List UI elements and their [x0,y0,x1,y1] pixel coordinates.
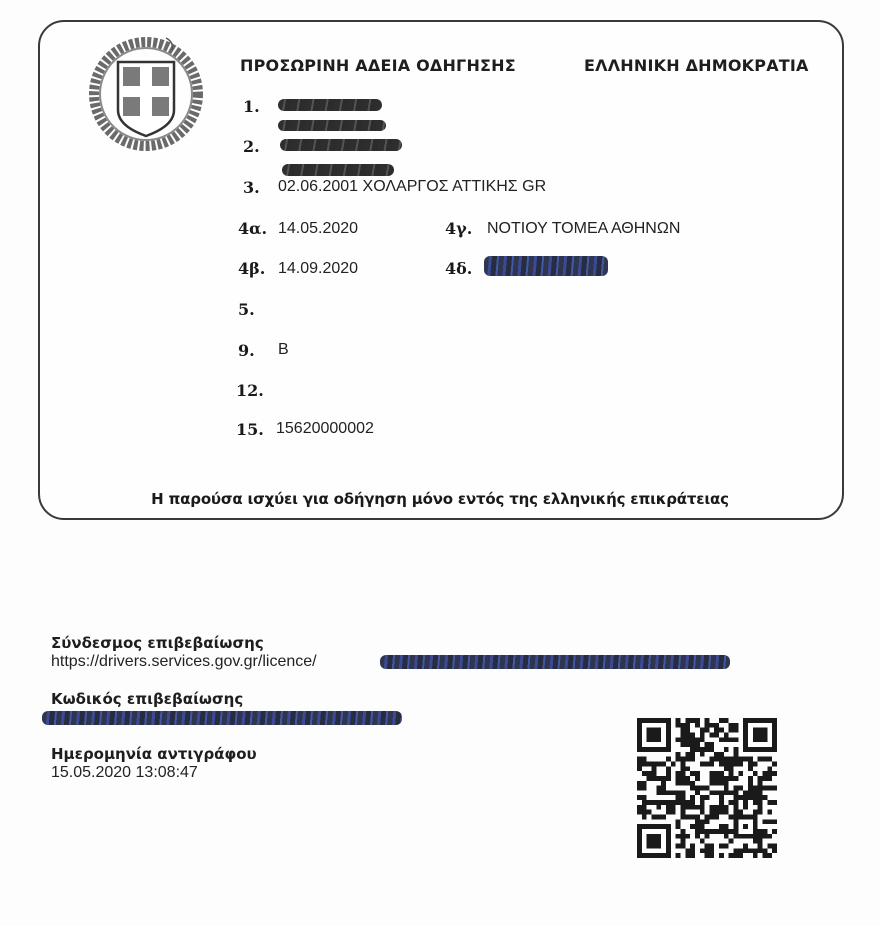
qr-code-icon[interactable] [636,718,778,858]
field-5-label: 5. [238,300,255,319]
field-9-category: B [278,341,289,359]
field-12-label: 12. [236,381,264,400]
verification-code-label: Κωδικός επιβεβαίωσης [51,690,243,708]
field-4d-redaction [484,256,608,276]
verification-link-label: Σύνδεσμος επιβεβαίωσης [51,634,264,652]
verification-code-redaction [42,711,402,725]
issuer-name: ΕΛΛΗΝΙΚΗ ΔΗΜΟΚΡΑΤΙΑ [584,56,809,75]
field-3-birth-date-place: 02.06.2001 ΧΟΛΑΡΓΟΣ ΑΤΤΙΚΗΣ GR [278,178,546,196]
field-4c-label: 4γ. [445,219,472,238]
field-2-label: 2. [243,137,260,156]
field-4a-label: 4α. [238,219,267,238]
field-3-label: 3. [243,178,260,197]
field-1-label: 1. [243,97,260,116]
field-1-redaction-line2 [278,120,386,131]
validity-note: Η παρούσα ισχύει για οδήγηση μόνο εντός … [0,490,880,508]
field-4b-label: 4β. [238,259,265,278]
verification-link-prefix[interactable]: https://drivers.services.gov.gr/licence/ [51,653,317,670]
verification-link[interactable]: https://drivers.services.gov.gr/licence/ [51,653,317,671]
field-4b-expiry-date: 14.09.2020 [278,260,358,278]
copy-date-label: Ημερομηνία αντιγράφου [51,745,257,763]
field-15-number: 15620000002 [276,420,374,438]
copy-date-value: 15.05.2020 13:08:47 [51,764,198,782]
field-9-label: 9. [238,341,255,360]
field-15-label: 15. [236,420,264,439]
greek-coat-of-arms-icon [88,36,204,152]
document-title: ΠΡΟΣΩΡΙΝΗ ΑΔΕΙΑ ΟΔΗΓΗΣΗΣ [240,56,516,75]
verification-link-redaction [380,655,730,669]
field-1-redaction [278,99,382,111]
field-4d-label: 4δ. [445,259,472,278]
field-2-redaction-line2 [282,164,394,176]
field-4a-issue-date: 14.05.2020 [278,220,358,238]
field-4c-authority: ΝΟΤΙΟΥ ΤΟΜΕΑ ΑΘΗΝΩΝ [487,220,680,238]
field-2-redaction [280,139,402,151]
